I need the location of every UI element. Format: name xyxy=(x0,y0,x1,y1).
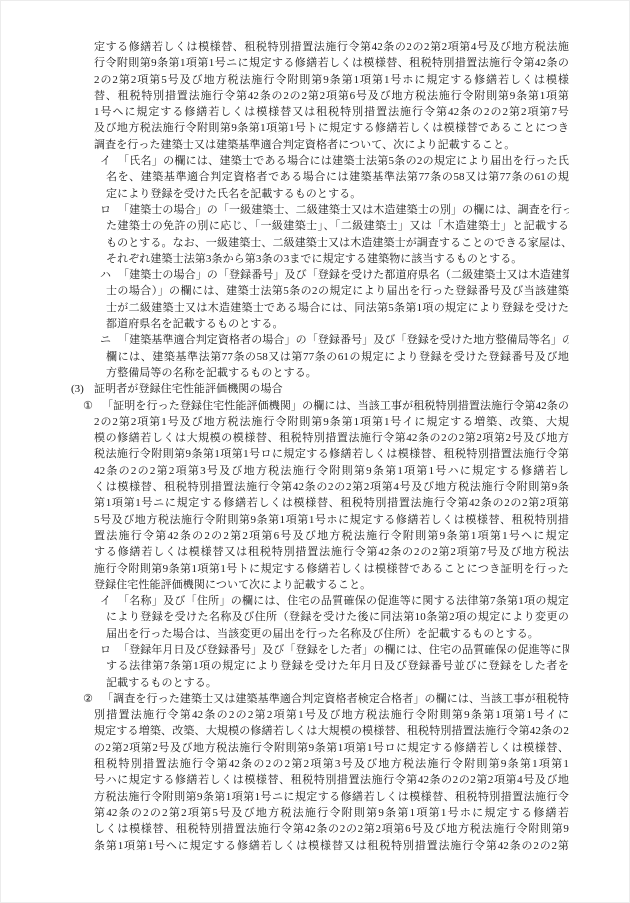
list-marker: ロ xyxy=(100,642,111,658)
text-line: 5号及び地方税法施行令附則第9条第1項第1号ホに規定する修繕若しくは模様替、租税… xyxy=(94,512,569,528)
list-marker: イ xyxy=(100,593,111,609)
text-line: 「登録年月日及び登録番号」及び「登録をした者」の欄には、住宅の品質確保の促進等に… xyxy=(106,642,569,658)
text-line: 「建築士の場合」の「登録番号」及び「登録を受けた都道府県名（二級建築士又は木造建… xyxy=(106,267,569,283)
text-line: 第1項第1号ニに規定する修繕若しくは模様替、租税特別措置法施行令第42条の2の2… xyxy=(94,495,569,511)
text-line: 証明者が登録住宅性能評価機関の場合 xyxy=(94,381,569,397)
text-line: 模の修繕若しくは大規模の模様替、租税特別措置法施行令第42条の2の2第2項第2号… xyxy=(94,430,569,446)
text-line: 号ハに規定する修繕若しくは模様替、租税特別措置法施行令第42条の2の2第2項第4… xyxy=(94,772,569,788)
list-item: ニ「建築基準適合判定資格者の場合」の「登録番号」及び「登録を受けた地方整備局等名… xyxy=(1,332,629,381)
list-item: ロ「建築士の場合」の「一級建築士、二級建築士又は木造建築士の別」の欄には、調査を… xyxy=(1,202,629,267)
list-item: (3)証明者が登録住宅性能評価機関の場合 xyxy=(1,381,629,397)
text-line: 届出を行った場合は、当該変更の届出を行った名称及び住所）を記載するものとする。 xyxy=(106,626,569,642)
text-line: 「証明を行った登録住宅性能評価機関」の欄には、当該工事が租税特別措置法施行令第4… xyxy=(94,398,569,414)
text-line: 替、租税特別措置法施行令第42条の2の2第2項第6号及び地方税法施行令附則第9条… xyxy=(94,88,569,104)
text-line: 「調査を行った建築士又は建築基準適合判定資格者検定合格者」の欄には、当該工事が租… xyxy=(94,691,569,707)
text-line: 1号ヘに規定する修繕若しくは模様替又は租税特別措置法施行令第42条の2の2第2項… xyxy=(94,104,569,120)
text-line: 「名称」及び「住所」の欄には、住宅の品質確保の促進等に関する法律第7条第1項の規… xyxy=(106,593,569,609)
text-line: 士が二級建築士又は木造建築士である場合には、同法第5条第1項の規定により登録を受… xyxy=(106,300,569,316)
text-line: 行令附則第9条第1項第1号ニに規定する修繕若しくは模様替、租税特別措置法施行令第… xyxy=(94,55,569,71)
text-line: 定により登録を受けた氏名を記載するものとする。 xyxy=(106,186,569,202)
list-marker: (3) xyxy=(71,381,84,397)
text-line: しくは模様替、租税特別措置法施行令第42条の2の2第2項第6号及び地方税法施行令… xyxy=(94,821,569,837)
text-line: 「建築基準適合判定資格者の場合」の「登録番号」及び「登録を受けた地方整備局等名」… xyxy=(106,332,569,348)
text-line: 登録住宅性能評価機関について次により記載すること。 xyxy=(94,577,569,593)
list-marker: ① xyxy=(83,398,93,414)
text-line: 名を、建築基準適合判定資格者である場合には建築基準法第77条の58又は第77条の… xyxy=(106,169,569,185)
text-line: 方整備局等の名称を記載するものとする。 xyxy=(106,365,569,381)
list-marker: イ xyxy=(100,153,111,169)
text-line: ものとする。なお、一級建築士、二級建築士又は木造建築士が調査することのできる家屋… xyxy=(106,235,569,251)
text-line: 租税特別措置法施行令第42条の2の2第2項第3号及び地方税法施行令附則第9条第1… xyxy=(94,756,569,772)
list-marker: ニ xyxy=(100,332,111,348)
text-line: 士の場合）」の欄には、建築士法第5条の2の規定により届出を行った登録番号及び当該… xyxy=(106,283,569,299)
list-marker: ロ xyxy=(100,202,111,218)
list-item: ハ「建築士の場合」の「登録番号」及び「登録を受けた都道府県名（二級建築士又は木造… xyxy=(1,267,629,332)
text-line: の2第2項第2号及び地方税法施行令附則第9条第1項第1号ロに規定する修繕若しくは… xyxy=(94,740,569,756)
text-line: 2の2第2項第1号及び地方税法施行令附則第9条第1項第1号イに規定する増築、改築… xyxy=(94,414,569,430)
text-line: 2の2第2項第5号及び地方税法施行令附則第9条第1項第1号ホに規定する修繕若しく… xyxy=(94,72,569,88)
text-line: 及び地方税法施行令附則第9条第1項第1号トに規定する修繕若しくは模様替であること… xyxy=(94,120,569,136)
text-line: 都道府県名を記載するものとする。 xyxy=(106,316,569,332)
text-line: 税法施行令附則第9条第1項第1号ロに規定する修繕若しくは模様替、租税特別措置法施… xyxy=(94,446,569,462)
list-item: イ「氏名」の欄には、建築士である場合には建築士法第5条の2の規定により届出を行っ… xyxy=(1,153,629,202)
text-line: 条第1項第1号ヘに規定する修繕若しくは模様替又は租税特別措置法施行令第42条の2… xyxy=(94,838,569,854)
text-line: する法律第7条第1項の規定により登録を受けた年月日及び登録番号並びに登録をした者… xyxy=(106,658,569,674)
text-line: くは模様替、租税特別措置法施行令第42条の2の2第2項第4号及び地方税法施行令附… xyxy=(94,479,569,495)
list-item: ロ「登録年月日及び登録番号」及び「登録をした者」の欄には、住宅の品質確保の促進等… xyxy=(1,642,629,691)
list-item: イ「名称」及び「住所」の欄には、住宅の品質確保の促進等に関する法律第7条第1項の… xyxy=(1,593,629,642)
text-line: 42条の2の2第2項第3号及び地方税法施行令附則第9条第1項第1号ハに規定する修… xyxy=(94,463,569,479)
text-line: 欄には、建築基準法第77条の58又は第77条の61の規定により登録を受けた登録番… xyxy=(106,349,569,365)
text-line: 調査を行った建築士又は建築基準適合判定資格者について、次により記載すること。 xyxy=(94,137,569,153)
text-line: それぞれ建築士法第3条から第3条の3までに規定する建築物に該当するものとする。 xyxy=(106,251,569,267)
list-marker: ハ xyxy=(100,267,111,283)
list-item: ①「証明を行った登録住宅性能評価機関」の欄には、当該工事が租税特別措置法施行令第… xyxy=(1,398,629,594)
text-line: 定する修繕若しくは模様替、租税特別措置法施行令第42条の2の2第2項第4号及び地… xyxy=(94,39,569,55)
text-line: する修繕若しくは模様替又は租税特別措置法施行令第42条の2の2第2項第7号及び地… xyxy=(94,544,569,560)
text-line: 「建築士の場合」の「一級建築士、二級建築士又は木造建築士の別」の欄には、調査を行… xyxy=(106,202,569,218)
text-line: 施行令附則第9条第1項第1号トに規定する修繕若しくは模様替であることにつき証明を… xyxy=(94,561,569,577)
list-item: ②「調査を行った建築士又は建築基準適合判定資格者検定合格者」の欄には、当該工事が… xyxy=(1,691,629,854)
text-line: 置法施行令第42条の2の2第2項第6号及び地方税法施行令附則第9条第1項第1号ヘ… xyxy=(94,528,569,544)
text-line: により登録を受けた名称及び住所（登録を受けた後に同法第10条第2項の規定により変… xyxy=(106,609,569,625)
text-line: 記載するものとする。 xyxy=(106,675,569,691)
text-line: 「氏名」の欄には、建築士である場合には建築士法第5条の2の規定により届出を行った… xyxy=(106,153,569,169)
paragraph: 定する修繕若しくは模様替、租税特別措置法施行令第42条の2の2第2項第4号及び地… xyxy=(1,39,629,153)
list-marker: ② xyxy=(83,691,93,707)
document-page: 定する修繕若しくは模様替、租税特別措置法施行令第42条の2の2第2項第4号及び地… xyxy=(0,0,630,903)
text-line: 別措置法施行令第42条の2の2第2項第1号及び地方税法施行令附則第9条第1項第1… xyxy=(94,707,569,723)
text-line: 規定する増築、改築、大規模の修繕若しくは大規模の模様替、租税特別措置法施行令第4… xyxy=(94,723,569,739)
text-line: 第42条の2の2第2項第5号及び地方税法施行令附則第9条第1項第1号ホに規定する… xyxy=(94,805,569,821)
text-line: た建築士の免許の別に応じ、「一級建築士」、「二級建築士」又は「木造建築士」と記載… xyxy=(106,218,569,234)
text-line: 方税法施行令附則第9条第1項第1号ニに規定する修繕若しくは模様替、租税特別措置法… xyxy=(94,789,569,805)
